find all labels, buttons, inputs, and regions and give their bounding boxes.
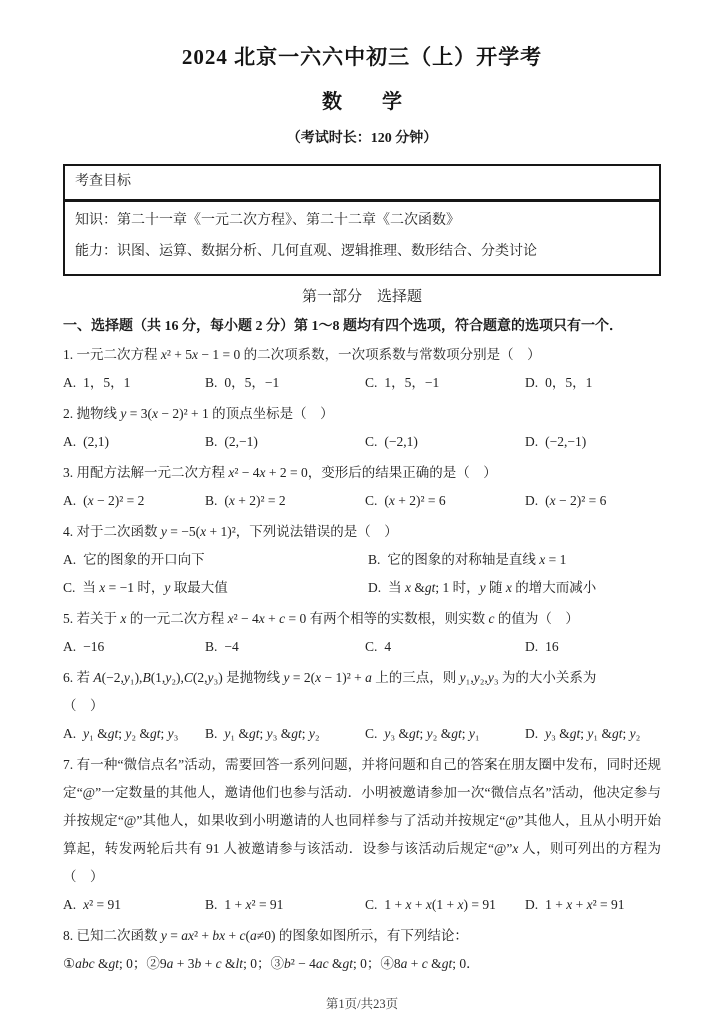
option-text: 1 + x + x² = 91 <box>545 897 624 912</box>
question-8-stem: 8. 已知二次函数 y = ax² + bx + c(a≠0) 的图象如图所示，… <box>63 922 661 950</box>
option-text: 1，5，1 <box>83 375 130 390</box>
option-label: D. <box>525 493 538 508</box>
option-b: B.y₁ &gt; y₃ &gt; y₂ <box>205 720 365 748</box>
question-8: 8. 已知二次函数 y = ax² + bx + c(a≠0) 的图象如图所示，… <box>63 922 661 978</box>
option-label: A. <box>63 493 76 508</box>
option-c: C.4 <box>365 633 525 661</box>
question-2-options: A.(2,1) B.(2,−1) C.(−2,1) D.(−2,−1) <box>63 428 661 456</box>
goals-box-body: 知识：第二十一章《一元二次方程》、第二十二章《二次函数》 能力：识图、运算、数据… <box>65 202 659 274</box>
option-text: 它的图象的开口向下 <box>83 552 205 567</box>
question-5-options: A.−16 B.−4 C.4 D.16 <box>63 633 661 661</box>
option-label: B. <box>205 375 217 390</box>
option-text: y₁ &gt; y₃ &gt; y₂ <box>224 726 319 741</box>
question-6: 6. 若 A(−2,y₁),B(1,y₂),C(2,y₃) 是抛物线 y = 2… <box>63 664 661 748</box>
question-8-conclusions: ①abc &gt; 0；②9a + 3b + c &lt; 0；③b² − 4a… <box>63 950 661 978</box>
option-a: A.它的图象的开口向下 <box>63 546 368 574</box>
option-text: y₃ &gt; y₁ &gt; y₂ <box>545 726 640 741</box>
option-d: D.当 x &gt; 1 时，y 随 x 的增大而减小 <box>368 574 661 602</box>
option-label: A. <box>63 897 76 912</box>
option-label: D. <box>525 726 538 741</box>
option-b: B.1 + x² = 91 <box>205 891 365 919</box>
option-label: C. <box>365 493 377 508</box>
question-5: 5. 若关于 x 的一元二次方程 x² − 4x + c = 0 有两个相等的实… <box>63 605 661 661</box>
question-3-options: A.(x − 2)² = 2 B.(x + 2)² = 2 C.(x + 2)²… <box>63 487 661 515</box>
question-7: 7. 有一种“微信点名”活动，需要回答一系列问题，并将问题和自己的答案在朋友圈中… <box>63 751 661 919</box>
option-d: D.16 <box>525 633 661 661</box>
question-1-stem: 1. 一元二次方程 x² + 5x − 1 = 0 的二次项系数，一次项系数与常… <box>63 341 661 369</box>
option-text: −16 <box>83 639 104 654</box>
question-6-options: A.y₁ &gt; y₂ &gt; y₃ B.y₁ &gt; y₃ &gt; y… <box>63 720 661 748</box>
option-text: 1，5，−1 <box>384 375 439 390</box>
question-6-stem-cont: （ ） <box>63 692 661 720</box>
option-text: y₁ &gt; y₂ &gt; y₃ <box>83 726 178 741</box>
option-label: A. <box>63 639 76 654</box>
option-a: A.x² = 91 <box>63 891 205 919</box>
option-d: D.(−2,−1) <box>525 428 661 456</box>
option-b: B.0，5，−1 <box>205 369 365 397</box>
option-text: (2,1) <box>83 434 109 449</box>
option-text: (x + 2)² = 2 <box>224 493 285 508</box>
option-c: C.(−2,1) <box>365 428 525 456</box>
option-a: A.(x − 2)² = 2 <box>63 487 205 515</box>
option-label: D. <box>525 375 538 390</box>
option-label: A. <box>63 434 76 449</box>
option-b: B.(2,−1) <box>205 428 365 456</box>
option-a: A.(2,1) <box>63 428 205 456</box>
option-c: C.(x + 2)² = 6 <box>365 487 525 515</box>
question-1-options: A.1，5，1 B.0，5，−1 C.1，5，−1 D.0，5，1 <box>63 369 661 397</box>
option-text: 1 + x + x(1 + x) = 91 <box>384 897 495 912</box>
option-text: (−2,−1) <box>545 434 586 449</box>
option-label: B. <box>205 434 217 449</box>
section1-instruction: 一、选择题（共 16 分，每小题 2 分）第 1～8 题均有四个选项，符合题意的… <box>63 313 661 341</box>
question-7-stem: 7. 有一种“微信点名”活动，需要回答一系列问题，并将问题和自己的答案在朋友圈中… <box>63 751 661 891</box>
option-label: D. <box>525 639 538 654</box>
option-label: B. <box>205 493 217 508</box>
option-d: D.1 + x + x² = 91 <box>525 891 661 919</box>
question-3-stem: 3. 用配方法解一元二次方程 x² − 4x + 2 = 0，变形后的结果正确的… <box>63 459 661 487</box>
question-7-options: A.x² = 91 B.1 + x² = 91 C.1 + x + x(1 + … <box>63 891 661 919</box>
option-b: B.它的图象的对称轴是直线 x = 1 <box>368 546 661 574</box>
option-text: 16 <box>545 639 559 654</box>
option-text: 0，5，−1 <box>224 375 279 390</box>
option-label: A. <box>63 552 76 567</box>
option-text: (x − 2)² = 2 <box>83 493 144 508</box>
option-d: D.0，5，1 <box>525 369 661 397</box>
option-d: D.(x − 2)² = 6 <box>525 487 661 515</box>
option-label: B. <box>205 726 217 741</box>
option-text: 0，5，1 <box>545 375 592 390</box>
option-label: C. <box>365 375 377 390</box>
option-text: 它的图象的对称轴是直线 x = 1 <box>387 552 566 567</box>
option-text: 1 + x² = 91 <box>224 897 283 912</box>
question-1: 1. 一元二次方程 x² + 5x − 1 = 0 的二次项系数，一次项系数与常… <box>63 341 661 397</box>
subject-title: 数 学 <box>63 88 661 116</box>
option-label: B. <box>205 639 217 654</box>
exam-page: 2024 北京一六六中初三（上）开学考 数 学 （考试时长：120 分钟） 考查… <box>0 0 724 1024</box>
option-label: C. <box>365 639 377 654</box>
option-text: 当 x = −1 时，y 取最大值 <box>82 580 227 595</box>
question-4: 4. 对于二次函数 y = −5(x + 1)²，下列说法错误的是（ ） A.它… <box>63 518 661 602</box>
option-text: y₃ &gt; y₂ &gt; y₁ <box>384 726 479 741</box>
question-4-options: A.它的图象的开口向下 B.它的图象的对称轴是直线 x = 1 C.当 x = … <box>63 546 661 602</box>
option-label: A. <box>63 375 76 390</box>
question-2-stem: 2. 抛物线 y = 3(x − 2)² + 1 的顶点坐标是（ ） <box>63 400 661 428</box>
question-4-stem: 4. 对于二次函数 y = −5(x + 1)²，下列说法错误的是（ ） <box>63 518 661 546</box>
option-text: x² = 91 <box>83 897 121 912</box>
option-label: B. <box>205 897 217 912</box>
exam-duration: （考试时长：120 分钟） <box>63 128 661 150</box>
option-text: (x + 2)² = 6 <box>384 493 445 508</box>
option-text: 4 <box>384 639 391 654</box>
question-3: 3. 用配方法解一元二次方程 x² − 4x + 2 = 0，变形后的结果正确的… <box>63 459 661 515</box>
part1-title: 第一部分 选择题 <box>63 284 661 310</box>
option-label: D. <box>368 580 381 595</box>
option-a: A.y₁ &gt; y₂ &gt; y₃ <box>63 720 205 748</box>
option-label: D. <box>525 897 538 912</box>
goals-knowledge-row: 知识：第二十一章《一元二次方程》、第二十二章《二次函数》 <box>75 205 649 236</box>
option-c: C.当 x = −1 时，y 取最大值 <box>63 574 368 602</box>
option-a: A.−16 <box>63 633 205 661</box>
option-text: (x − 2)² = 6 <box>545 493 606 508</box>
question-6-stem: 6. 若 A(−2,y₁),B(1,y₂),C(2,y₃) 是抛物线 y = 2… <box>63 664 661 692</box>
goals-ability-row: 能力：识图、运算、数据分析、几何直观、逻辑推理、数形结合、分类讨论 <box>75 236 649 267</box>
goals-box-header: 考查目标 <box>65 166 659 202</box>
option-a: A.1，5，1 <box>63 369 205 397</box>
option-b: B.−4 <box>205 633 365 661</box>
option-c: C.1 + x + x(1 + x) = 91 <box>365 891 525 919</box>
exam-goals-box: 考查目标 知识：第二十一章《一元二次方程》、第二十二章《二次函数》 能力：识图、… <box>63 164 661 276</box>
option-text: 当 x &gt; 1 时，y 随 x 的增大而减小 <box>388 580 596 595</box>
option-d: D.y₃ &gt; y₁ &gt; y₂ <box>525 720 661 748</box>
option-label: B. <box>368 552 380 567</box>
page-title: 2024 北京一六六中初三（上）开学考 <box>63 42 661 72</box>
question-2: 2. 抛物线 y = 3(x − 2)² + 1 的顶点坐标是（ ） A.(2,… <box>63 400 661 456</box>
option-label: C. <box>63 580 75 595</box>
option-label: D. <box>525 434 538 449</box>
option-label: C. <box>365 434 377 449</box>
option-label: A. <box>63 726 76 741</box>
option-text: (−2,1) <box>384 434 417 449</box>
option-text: (2,−1) <box>224 434 257 449</box>
option-label: C. <box>365 726 377 741</box>
option-c: C.1，5，−1 <box>365 369 525 397</box>
question-5-stem: 5. 若关于 x 的一元二次方程 x² − 4x + c = 0 有两个相等的实… <box>63 605 661 633</box>
option-text: −4 <box>224 639 238 654</box>
page-content: 2024 北京一六六中初三（上）开学考 数 学 （考试时长：120 分钟） 考查… <box>0 0 724 978</box>
option-label: C. <box>365 897 377 912</box>
option-c: C.y₃ &gt; y₂ &gt; y₁ <box>365 720 525 748</box>
page-footer: 第1页/共23页 <box>0 994 724 1012</box>
option-b: B.(x + 2)² = 2 <box>205 487 365 515</box>
